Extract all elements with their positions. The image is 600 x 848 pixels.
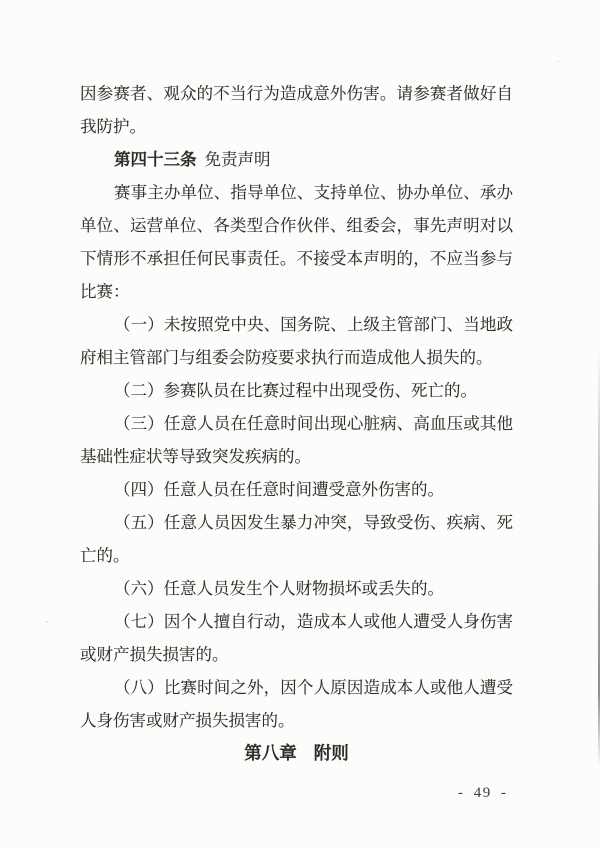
page-content: 因参赛者、观众的不当行为造成意外伤害。请参赛者做好自我防护。第四十三条免责声明赛… bbox=[80, 77, 513, 770]
document-page: 因参赛者、观众的不当行为造成意外伤害。请参赛者做好自我防护。第四十三条免责声明赛… bbox=[0, 0, 600, 848]
text-line: 府相主管部门与组委会防疫要求执行而造成他人损失的。 bbox=[80, 341, 513, 374]
text-line: （一）未按照党中央、国务院、上级主管部门、当地政 bbox=[80, 308, 513, 341]
text-line: （七）因个人擅自行动，造成本人或他人遭受人身伤害 bbox=[80, 605, 513, 638]
section-heading: 第四十三条免责声明 bbox=[80, 143, 513, 176]
text-line: 单位、运营单位、各类型合作伙伴、组委会，事先声明对以 bbox=[80, 209, 513, 242]
text-line: （六）任意人员发生个人财物损坏或丢失的。 bbox=[80, 572, 513, 605]
scan-speck bbox=[556, 61, 559, 62]
text-line: （四）任意人员在任意时间遭受意外伤害的。 bbox=[80, 473, 513, 506]
text-line: 下情形不承担任何民事责任。不接受本声明的，不应当参与 bbox=[80, 242, 513, 275]
chapter-heading-number: 第八章 bbox=[244, 743, 297, 763]
section-heading-title: 免责声明 bbox=[205, 150, 271, 169]
text-line: 亡的。 bbox=[80, 539, 513, 572]
page-number: - 49 - bbox=[458, 784, 508, 802]
scan-speck bbox=[46, 621, 48, 623]
text-line: 或财产损失损害的。 bbox=[80, 638, 513, 671]
text-line: 比赛： bbox=[80, 275, 513, 308]
text-line: （三）任意人员在任意时间出现心脏病、高血压或其他 bbox=[80, 407, 513, 440]
text-line: 我防护。 bbox=[80, 110, 513, 143]
text-line: 基础性症状等导致突发疾病的。 bbox=[80, 440, 513, 473]
text-line: 人身伤害或财产损失损害的。 bbox=[80, 704, 513, 737]
text-line: 因参赛者、观众的不当行为造成意外伤害。请参赛者做好自 bbox=[80, 77, 513, 110]
section-heading-number: 第四十三条 bbox=[114, 150, 197, 169]
text-line: （二）参赛队员在比赛过程中出现受伤、死亡的。 bbox=[80, 374, 513, 407]
text-line: （五）任意人员因发生暴力冲突，导致受伤、疾病、死 bbox=[80, 506, 513, 539]
text-line: 赛事主办单位、指导单位、支持单位、协办单位、承办 bbox=[80, 176, 513, 209]
chapter-heading: 第八章附则 bbox=[80, 737, 513, 770]
text-line: （八）比赛时间之外，因个人原因造成本人或他人遭受 bbox=[80, 671, 513, 704]
chapter-heading-title: 附则 bbox=[314, 743, 349, 763]
